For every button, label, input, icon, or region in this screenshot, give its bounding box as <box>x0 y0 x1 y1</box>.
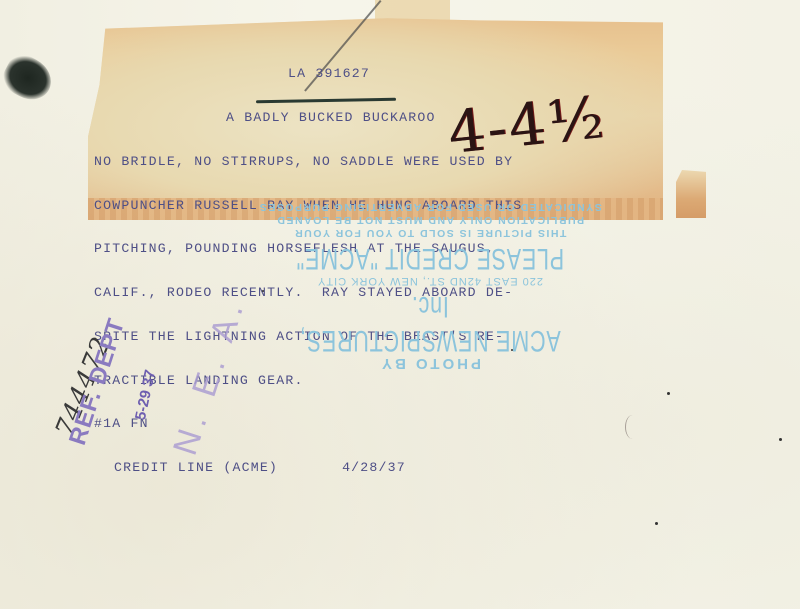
speck <box>511 349 513 351</box>
caption-date: 4/28/37 <box>342 460 406 475</box>
stamp-credit: PLEASE CREDIT "ACME" <box>286 241 574 275</box>
tape-strip <box>375 0 450 20</box>
speck <box>655 522 658 525</box>
acme-credit-stamp: PHOTO BY ACME NEWSPICTURES, Inc. 220 EAS… <box>230 222 630 372</box>
handwritten-annotation: 4-4½ <box>445 88 608 162</box>
stamp-address: 220 EAST 42ND ST., NEW YORK CITY <box>230 275 630 287</box>
stamp-company: ACME NEWSPICTURES, Inc. <box>286 289 574 357</box>
speck <box>262 290 264 292</box>
stamp-terms-line: THIS PICTURE IS SOLD TO YOU FOR YOUR <box>230 226 630 239</box>
clipping-fragment <box>676 170 706 218</box>
stamp-terms-line: SYNDICATED OR USED FOR ADVERTISING PURPO… <box>230 200 630 213</box>
speck <box>667 392 670 395</box>
stamp-terms-line: PUBLICATION ONLY AND MUST NOT BE LOANED <box>230 213 630 226</box>
stamp-photo-by: PHOTO BY <box>230 355 630 372</box>
photo-back-page: LA 391627 A BADLY BUCKED BUCKAROO NO BRI… <box>0 0 800 609</box>
ink-blot <box>0 49 59 107</box>
credit-line: CREDIT LINE (ACME) <box>114 460 278 475</box>
caption-body-line: TRACTIBLE LANDING GEAR. <box>94 374 614 389</box>
speck <box>779 438 782 441</box>
caption-id: LA 391627 <box>146 67 666 82</box>
caption-credit-row: CREDIT LINE (ACME)4/28/37 <box>114 461 634 476</box>
stamp-terms: THIS PICTURE IS SOLD TO YOU FOR YOUR PUB… <box>230 200 630 239</box>
pen-mark <box>625 415 640 439</box>
